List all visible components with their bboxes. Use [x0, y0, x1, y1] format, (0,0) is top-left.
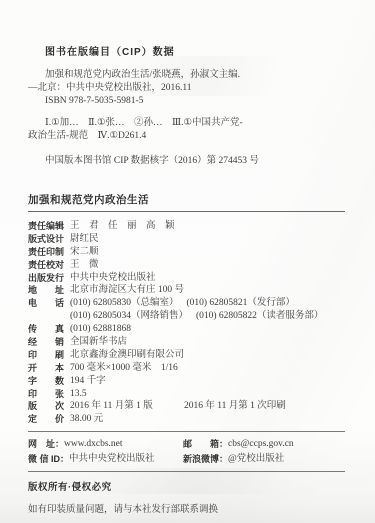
colophon-row: 责任校对 王 微 [28, 259, 345, 272]
colophon-label: 印 张 [28, 388, 70, 401]
weibo-value: @党校出版社 [228, 452, 284, 467]
colophon-label: 责任校对 [28, 259, 70, 272]
wechat-id-label: 微 信 ID： [28, 452, 69, 467]
cip-block: 图书在版编目（CIP）数据 加强和规范党内政治生活/张晓燕，孙淑文主编. —北京… [28, 46, 345, 168]
isbn-line: ISBN 978-7-5035-5981-5 [45, 95, 345, 108]
colophon-value2: (010) 62805821（发行部） [186, 297, 294, 310]
colophon-label: 版 次 [28, 400, 70, 413]
colophon-label: 责任印制 [28, 246, 70, 259]
colophon-value: 王 微 [70, 259, 99, 272]
contact-row-web-mail: 网 址： www.dxcbs.net 邮 箱： cbs@ccps.gov.cn [28, 437, 345, 452]
colophon-row: 经 销 全国新华书店 [28, 336, 345, 349]
colophon-label: 传 真 [28, 323, 70, 336]
colophon-row: (010) 62805034（网络销售） (010) 62805822（读者服务… [28, 310, 345, 323]
colophon-row: 电 话 (010) 62805830（总编室） (010) 62805821（发… [28, 297, 345, 310]
colophon-row: 责任印制 宋二顺 [28, 246, 345, 259]
colophon-value: 13.5 [70, 388, 87, 401]
exchange-note: 如有印装质量问题，请与本社发行部联系调换 [28, 504, 345, 517]
colophon-value: 38.00 元 [70, 413, 103, 426]
colophon-label: 印 刷 [28, 349, 70, 362]
email-value: cbs@ccps.gov.cn [228, 437, 294, 452]
colophon-value: (010) 62881868 [70, 323, 131, 336]
colophon-label: 版式设计 [28, 233, 70, 246]
colophon-row: 印 刷 北京鑫海金澳印刷有限公司 [28, 349, 345, 362]
colophon-label: 电 话 [28, 297, 70, 310]
colophon-value: 尉红民 [70, 233, 99, 246]
cip-registry-number: 中国版本图书馆 CIP 数据核字（2016）第 274453 号 [45, 155, 345, 168]
colophon-label [28, 310, 70, 323]
colophon-row: 出版发行 中共中央党校出版社 [28, 272, 345, 285]
website-value: www.dxcbs.net [64, 437, 122, 452]
colophon-value2: (010) 62805822（读者服务部） [196, 310, 323, 323]
colophon-row: 版 次 2016 年 11 月第 1 版 2016 年 11 月第 1 次印刷 [28, 400, 345, 413]
colophon-row: 定 价 38.00 元 [28, 413, 345, 426]
website-label: 网 址： [28, 437, 64, 452]
colophon-label: 经 销 [28, 336, 70, 349]
colophon-row: 印 张 13.5 [28, 388, 345, 401]
colophon: 责任编辑 王 君 任 丽 高 颖 版式设计 尉红民 责任印制 宋二顺 责任校对 … [28, 220, 345, 426]
colophon-value: (010) 62805034（网络销售） [70, 310, 188, 323]
colophon-value: 北京鑫海金澳印刷有限公司 [70, 349, 184, 362]
colophon-value2: 2016 年 11 月第 1 次印刷 [184, 400, 286, 413]
colophon-row: 地 址 北京市海淀区大有庄 100 号 [28, 284, 345, 297]
book-title: 加强和规范党内政治生活 [28, 194, 345, 212]
colophon-value: 700 毫米×1000 毫米 1/16 [70, 362, 178, 375]
colophon-value: 中共中央党校出版社 [70, 272, 156, 285]
colophon-value: 194 千字 [70, 375, 106, 388]
colophon-value: 2016 年 11 月第 1 版 [70, 400, 176, 413]
divider-bottom [28, 471, 345, 472]
contact-row-wechat-weibo: 微 信 ID： 中共中央党校出版社 新浪微博： @党校出版社 [28, 452, 345, 467]
divider-top [28, 431, 345, 432]
colophon-label: 责任编辑 [28, 220, 70, 233]
book-copyright-page: 图书在版编目（CIP）数据 加强和规范党内政治生活/张晓燕，孙淑文主编. —北京… [0, 0, 375, 523]
cip-description-line1: 加强和规范党内政治生活/张晓燕，孙淑文主编. [45, 69, 345, 82]
colophon-row: 传 真 (010) 62881868 [28, 323, 345, 336]
colophon-row: 开 本 700 毫米×1000 毫米 1/16 [28, 362, 345, 375]
colophon-label: 开 本 [28, 362, 70, 375]
cip-heading: 图书在版编目（CIP）数据 [45, 46, 345, 59]
colophon-value: 宋二顺 [70, 246, 99, 259]
wechat-id-value: 中共中央党校出版社 [69, 452, 155, 467]
copyright-notice: 版权所有·侵权必究 [28, 481, 345, 494]
contact-block: 网 址： www.dxcbs.net 邮 箱： cbs@ccps.gov.cn … [28, 437, 345, 466]
colophon-label: 定 价 [28, 413, 70, 426]
colophon-label: 出版发行 [28, 272, 70, 285]
colophon-value: 王 君 任 丽 高 颖 [70, 220, 175, 233]
colophon-label: 地 址 [28, 284, 70, 297]
colophon-value: 北京市海淀区大有庄 100 号 [70, 284, 184, 297]
weibo-label: 新浪微博： [183, 452, 228, 467]
colophon-row: 版式设计 尉红民 [28, 233, 345, 246]
colophon-value: (010) 62805830（总编室） [70, 297, 178, 310]
cip-description-line2: —北京：中共中央党校出版社，2016.11 [28, 82, 345, 95]
email-label: 邮 箱： [183, 437, 228, 452]
colophon-label: 字 数 [28, 375, 70, 388]
colophon-value: 全国新华书店 [70, 336, 127, 349]
cip-classification-line1: Ⅰ.①加… Ⅱ.①张… ②孙… Ⅲ.①中国共产党- [45, 117, 345, 130]
cip-classification-line2: 政治生活-规范 Ⅳ.①D261.4 [28, 130, 345, 143]
colophon-row: 责任编辑 王 君 任 丽 高 颖 [28, 220, 345, 233]
colophon-row: 字 数 194 千字 [28, 375, 345, 388]
